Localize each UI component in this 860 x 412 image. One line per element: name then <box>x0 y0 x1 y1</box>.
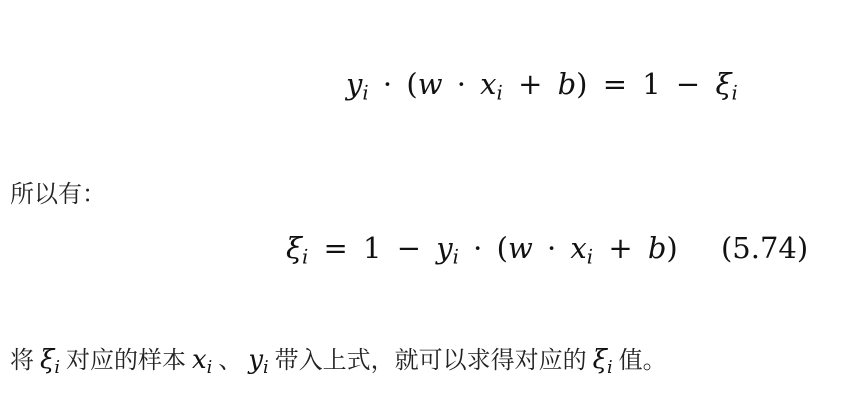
var-w: w <box>508 231 533 265</box>
inline-y: yi <box>248 345 268 375</box>
text-segment: 带入上式，就可以求得对应的 <box>275 346 587 374</box>
subscript-i: i <box>731 82 737 105</box>
const-one: 1 <box>363 231 381 265</box>
inline-x: xi <box>192 345 212 375</box>
text-segment: 、 <box>218 346 242 374</box>
minus-operator: − <box>670 67 706 101</box>
close-paren: ) <box>576 67 587 101</box>
subscript-i: i <box>607 358 613 378</box>
var-y: y <box>248 345 263 375</box>
plus-operator: + <box>512 67 548 101</box>
dot-operator: · <box>378 67 397 101</box>
plus-operator: + <box>602 231 638 265</box>
equation-5-74: ξi = 1 − yi · (w · xi + b) (5.74) <box>286 226 808 270</box>
var-y: y <box>436 231 452 265</box>
var-w: w <box>418 67 443 101</box>
subscript-i: i <box>263 358 269 378</box>
var-y: y <box>346 67 362 101</box>
dot-operator: · <box>542 231 561 265</box>
equation-constraint: yi · (w · xi + b) = 1 − ξi <box>346 62 738 106</box>
inline-xi: ξi <box>40 345 60 375</box>
var-x: x <box>192 345 207 375</box>
subscript-i: i <box>362 82 368 105</box>
subscript-i: i <box>54 358 60 378</box>
var-xi: ξ <box>286 231 302 265</box>
var-b: b <box>558 67 577 101</box>
dot-operator: · <box>452 67 471 101</box>
var-xi: ξ <box>40 345 54 375</box>
open-paren: ( <box>497 231 508 265</box>
const-one: 1 <box>642 67 660 101</box>
var-xi: ξ <box>715 67 731 101</box>
var-x: x <box>480 67 496 101</box>
var-x: x <box>570 231 586 265</box>
subscript-i: i <box>207 358 213 378</box>
var-xi: ξ <box>593 345 607 375</box>
minus-operator: − <box>391 231 427 265</box>
equals-sign: = <box>597 67 633 101</box>
subscript-i: i <box>587 246 593 269</box>
equation-number: (5.74) <box>721 231 808 265</box>
inline-xi: ξi <box>593 345 613 375</box>
dot-operator: · <box>468 231 487 265</box>
subscript-i: i <box>302 246 308 269</box>
var-b: b <box>648 231 667 265</box>
equals-sign: = <box>318 231 354 265</box>
subscript-i: i <box>453 246 459 269</box>
text-segment: 将 <box>10 346 34 374</box>
subscript-i: i <box>497 82 503 105</box>
text-segment: 值。 <box>619 346 667 374</box>
close-paren: ) <box>666 231 677 265</box>
text-segment: 对应的样本 <box>66 346 186 374</box>
open-paren: ( <box>406 67 417 101</box>
paragraph-so-we-have: 所以有： <box>10 176 106 212</box>
paragraph-substitution: 将ξi对应的样本xi、yi带入上式，就可以求得对应的ξi值。 <box>10 340 667 380</box>
